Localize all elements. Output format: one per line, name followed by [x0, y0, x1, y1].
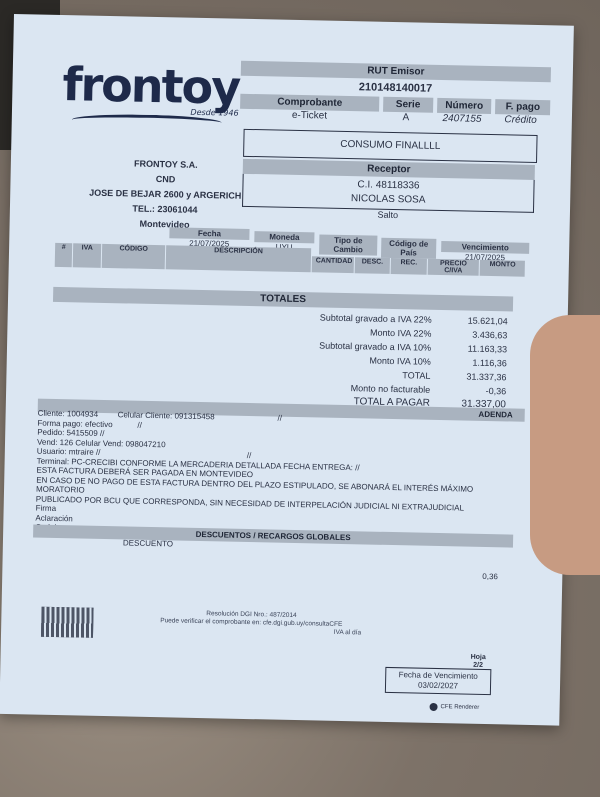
item-header-iva: IVA	[73, 243, 102, 268]
doc-header-serie: Serie	[383, 97, 433, 113]
totals-value: 15.621,04	[448, 313, 508, 328]
adenda-cell: //	[137, 420, 142, 430]
adenda-cell: //	[247, 451, 252, 461]
totals-value: -0,36	[446, 383, 506, 398]
logo-text: frontoy	[62, 57, 240, 115]
item-header-desc: DESC.	[355, 257, 391, 274]
item-header-descripcion: DESCRIPCIÓN	[166, 245, 311, 272]
doc-serie: A	[379, 112, 433, 124]
doc-header-numero: Número	[437, 98, 492, 114]
doc-fpago: Crédito	[491, 114, 550, 126]
totals-value: 3.436,63	[447, 327, 507, 342]
consumo-final-box: CONSUMO FINALLLL	[243, 129, 538, 163]
footer-text: Resolución DGI Nro.: 487/2014 Puede veri…	[101, 608, 401, 638]
hand	[530, 315, 600, 575]
qr-code-icon	[41, 607, 94, 638]
hoja-block: Hoja 2/2	[470, 654, 486, 670]
receptor-block: Receptor C.I. 48118336 NICOLAS SOSA	[242, 159, 535, 213]
item-header-codigo: CÓDIGO	[102, 244, 165, 269]
totals-value: 1.116,36	[447, 355, 507, 370]
doc-numero: 2407155	[433, 113, 492, 125]
cfe-logo-icon	[429, 703, 437, 711]
descuento-value: 0,36	[482, 572, 498, 581]
rut-block: RUT Emisor 210148140017 Comprobante Seri…	[240, 61, 551, 126]
frontoy-logo: frontoy Desde 1946	[62, 57, 240, 118]
cfe-label: CFE Renderer	[441, 704, 480, 711]
fecha-vencimiento-box: Fecha de Vencimiento 03/02/2027	[385, 667, 492, 695]
cfe-renderer-badge: CFE Renderer	[429, 703, 479, 712]
totals-value: 31.337,36	[446, 369, 506, 384]
issuer-block: FRONTOY S.A. CND JOSE DE BEJAR 2600 y AR…	[69, 155, 261, 234]
doc-header-fpago: F. pago	[495, 99, 550, 115]
adenda-block: Cliente: 1004934Celular Cliente: 0913154…	[35, 409, 517, 543]
item-header-precio: PRECIO C/IVA	[427, 259, 479, 276]
item-header-monto: MONTO	[480, 260, 525, 277]
item-header-rec: REC.	[391, 258, 427, 275]
doc-comprobante: e-Ticket	[240, 109, 379, 123]
totals-value: 11.163,33	[447, 341, 507, 356]
totales-bar: TOTALES	[53, 287, 513, 312]
totals-table: Subtotal gravado a IVA 22%15.621,04 Mont…	[296, 310, 508, 412]
item-header-num: #	[55, 243, 73, 267]
invoice-paper: frontoy Desde 1946 FRONTOY S.A. CND JOSE…	[0, 14, 574, 726]
descuento-label: DESCUENTO	[123, 538, 173, 548]
adenda-cell: //	[277, 414, 282, 424]
item-header-cantidad: CANTIDAD	[312, 256, 354, 273]
